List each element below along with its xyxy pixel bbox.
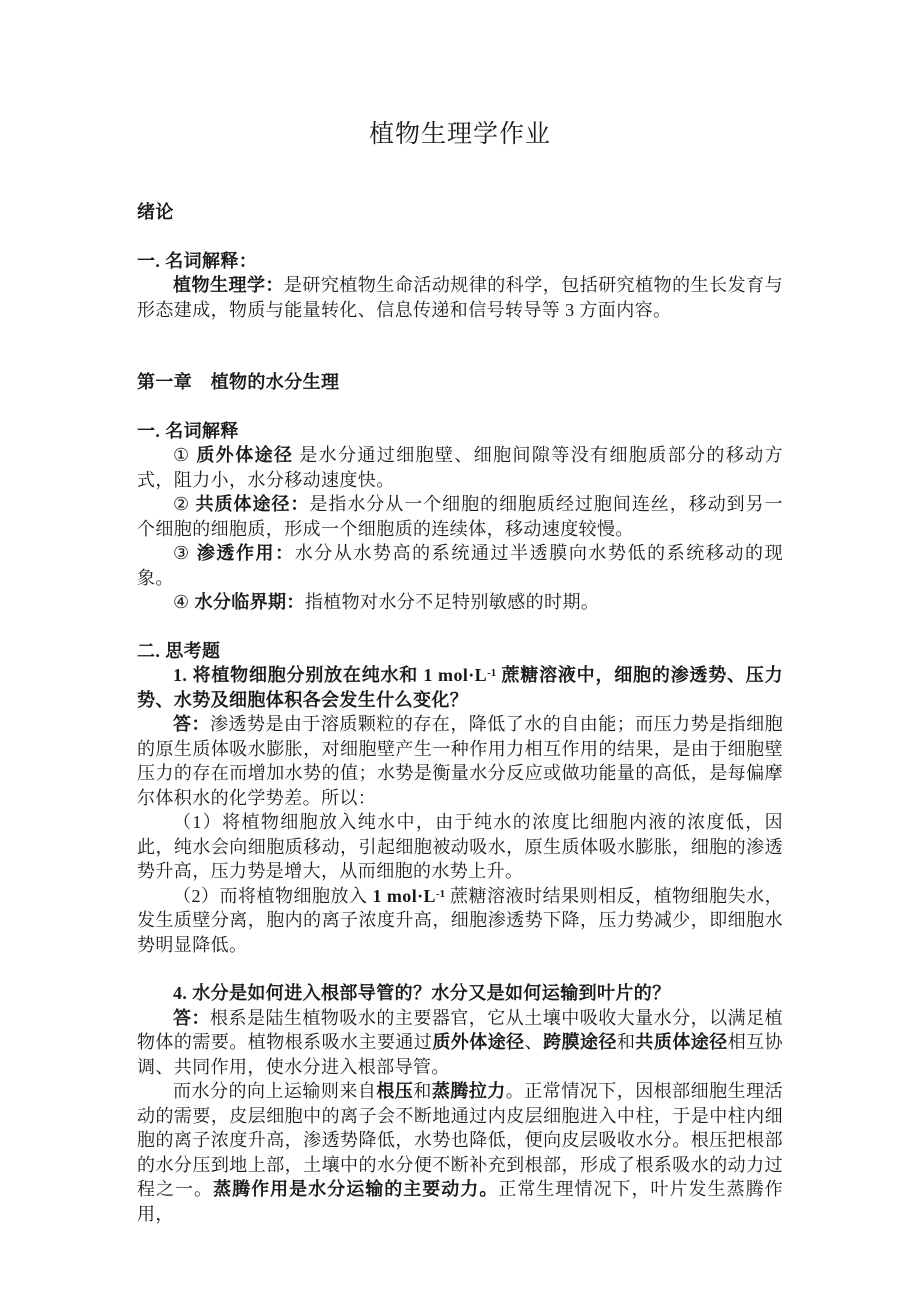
paragraph: 而水分的向上运输则来自根压和蒸腾拉力。正常情况下，因根部细胞生理活动的需要，皮层… <box>137 1079 783 1226</box>
paragraph: 4. 水分是如何进入根部导管的？水分又是如何运输到叶片的？ <box>137 981 783 1006</box>
text-run: 、 <box>525 1032 543 1052</box>
paragraph: 答：渗透势是由于溶质颗粒的存在，降低了水的自由能；而压力势是指细胞的原生质体吸水… <box>137 712 783 810</box>
paragraph: 植物生理学：是研究植物生命活动规律的科学，包括研究植物的生长发育与形态建成，物质… <box>137 273 783 322</box>
text-run: 共质体途径： <box>196 494 310 514</box>
document-page: 植物生理学作业 绪论一. 名词解释：植物生理学：是研究植物生命活动规律的科学，包… <box>0 0 920 1302</box>
text-run: ② <box>173 494 196 514</box>
text-run: 和 <box>413 1081 432 1101</box>
section-heading: 第一章 植物的水分生理 <box>137 370 783 395</box>
paragraph: ① 质外体途径 是水分通过细胞壁、细胞间隙等没有细胞质部分的移动方式，阻力小，水… <box>137 443 783 492</box>
text-run: ④ <box>173 592 194 612</box>
text-run: 根压 <box>376 1081 413 1101</box>
text-run: 共质体途径 <box>635 1032 727 1052</box>
text-run: 质外体途径 <box>432 1032 524 1052</box>
text-run: 二. 思考题 <box>137 641 220 661</box>
paragraph: ③ 渗透作用：水分从水势高的系统通过半透膜向水势低的系统移动的现象。 <box>137 541 783 590</box>
text-run: 指植物对水分不足特别敏感的时期。 <box>305 592 599 612</box>
paragraph: ④ 水分临界期：指植物对水分不足特别敏感的时期。 <box>137 590 783 615</box>
text-run: 质外体途径 <box>196 445 293 465</box>
text-run: 一. 名词解释： <box>137 251 257 271</box>
section-heading: 绪论 <box>137 200 783 225</box>
text-run: ① <box>173 445 196 465</box>
text-run: 而水分的向上运输则来自 <box>173 1081 376 1101</box>
paragraph: 答：根系是陆生植物吸水的主要器官，它从土壤中吸收大量水分，以满足植物体的需要。植… <box>137 1006 783 1080</box>
text-run: 一. 名词解释 <box>137 421 239 441</box>
text-run: 蒸腾作用是水分运输的主要动力。 <box>213 1179 498 1199</box>
text-run: 水分临界期： <box>194 592 304 612</box>
text-run: 绪论 <box>137 202 174 222</box>
paragraph: （1）将植物细胞放入纯水中，由于纯水的浓度比细胞内液的浓度低，因此，纯水会向细胞… <box>137 810 783 884</box>
text-run: 1 mol·L <box>373 886 436 906</box>
document-body: 绪论一. 名词解释：植物生理学：是研究植物生命活动规律的科学，包括研究植物的生长… <box>137 200 783 1226</box>
document-title: 植物生理学作业 <box>137 118 783 152</box>
text-run: 答： <box>173 1008 210 1028</box>
text-run: 和 <box>617 1032 635 1052</box>
text-run: 答： <box>173 714 210 734</box>
text-run: 植物生理学： <box>173 275 284 295</box>
text-run: 渗透势是由于溶质颗粒的存在，降低了水的自由能；而压力势是指细胞的原生质体吸水膨胀… <box>137 714 783 808</box>
section-heading: 一. 名词解释 <box>137 419 783 444</box>
text-run: 4. 水分是如何进入根部导管的？水分又是如何运输到叶片的？ <box>173 983 671 1003</box>
text-run: 蒸腾拉力 <box>432 1081 506 1101</box>
text-run: 跨膜途径 <box>543 1032 617 1052</box>
superscript-text-run: -1 <box>487 667 496 679</box>
paragraph: 1. 将植物细胞分别放在纯水和 1 mol·L-1 蔗糖溶液中，细胞的渗透势、压… <box>137 663 783 712</box>
section-heading: 二. 思考题 <box>137 639 783 664</box>
text-run: （2）而将植物细胞放入 <box>173 886 373 906</box>
text-run: 渗透作用： <box>197 543 295 563</box>
superscript-text-run: -1 <box>436 888 445 900</box>
text-run: 1. 将植物细胞分别放在纯水和 1 mol·L <box>173 665 487 685</box>
text-run: 第一章 植物的水分生理 <box>137 372 339 392</box>
text-run: ③ <box>173 543 197 563</box>
paragraph: ② 共质体途径：是指水分从一个细胞的细胞质经过胞间连丝，移动到另一个细胞的细胞质… <box>137 492 783 541</box>
paragraph: （2）而将植物细胞放入 1 mol·L-1 蔗糖溶液时结果则相反，植物细胞失水，… <box>137 884 783 958</box>
text-run: （1）将植物细胞放入纯水中，由于纯水的浓度比细胞内液的浓度低，因此，纯水会向细胞… <box>137 812 783 881</box>
section-heading: 一. 名词解释： <box>137 249 783 274</box>
